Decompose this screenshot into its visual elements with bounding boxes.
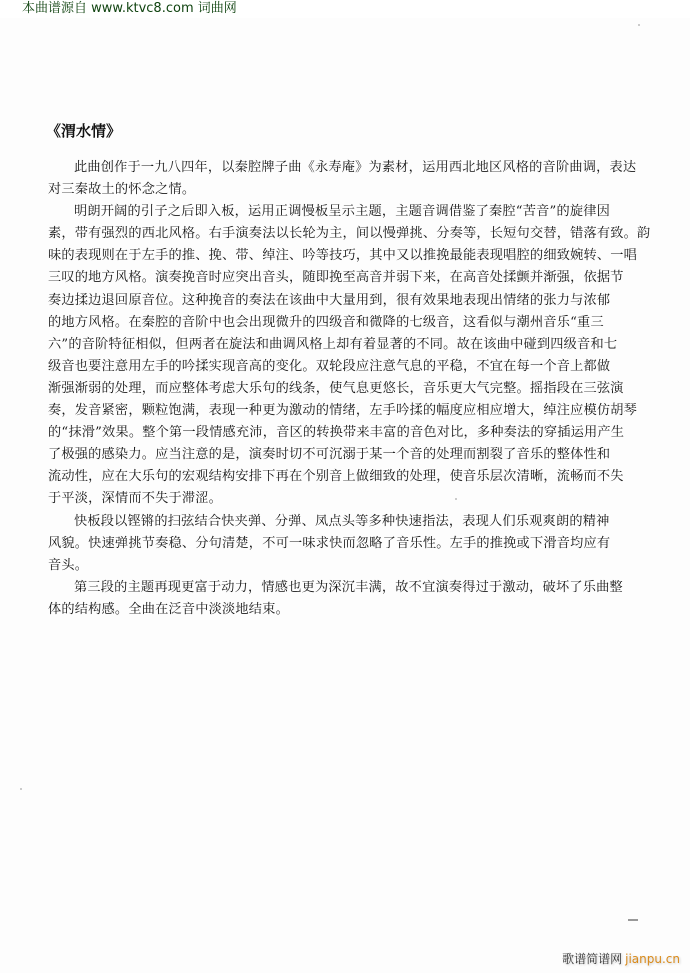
paragraph-2-line-7: 六”的音阶特征相似，但两者在旋法和曲调风格上却有着显著的不同。故在该曲中碰到四级… — [48, 334, 648, 356]
paragraph-2-line-12: 了极强的感染力。应当注意的是，演奏时切不可沉溺于某一个音的处理而割裂了音乐的整体… — [48, 444, 648, 466]
paragraph-2-line-14: 于平淡，深情而不失于滞涩。 — [48, 488, 648, 510]
paragraph-4-line-1: 第三段的主题再现更富于动力，情感也更为深沉丰满，故不宜演奏得过于激动，破坏了乐曲… — [48, 577, 648, 599]
paragraph-3-line-2: 风貌。快速弹挑节奏稳、分句清楚，不可一味求快而忽略了音乐性。左手的推挽或下滑音均… — [48, 533, 648, 555]
paragraph-2-line-5: 奏边揉边退回原音位。这种挽音的奏法在该曲中大量用到，很有效果地表现出情绪的张力与… — [48, 290, 648, 312]
paragraph-4-line-2: 体的结构感。全曲在泛音中淡淡地结束。 — [48, 599, 648, 621]
paragraph-3-line-3: 音头。 — [48, 555, 648, 577]
footer-watermark: 歌谱简谱网jianpu.cn — [562, 951, 680, 967]
source-banner: 本曲谱源自 www.ktvc8.com 词曲网 — [22, 1, 237, 17]
paragraph-2-line-1: 明朗开阔的引子之后即入板，运用正调慢板呈示主题，主题音调借鉴了秦腔“苦音”的旋律… — [48, 201, 648, 223]
page-number-mark — [628, 919, 638, 921]
paragraph-2-line-9: 渐强渐弱的处理，而应整体考虑大乐句的线条，使气息更悠长，音乐更大气完整。摇指段在… — [48, 378, 648, 400]
scan-speck — [455, 498, 457, 500]
paragraph-2-line-2: 素，带有强烈的西北风格。右手演奏法以长轮为主，间以慢弹挑、分奏等，长短句交替，错… — [48, 223, 648, 245]
scan-speck — [638, 24, 640, 26]
paragraph-1-line-1: 此曲创作于一九八四年，以秦腔牌子曲《永寿庵》为素材，运用西北地区风格的音阶曲调，… — [48, 157, 648, 179]
scan-speck — [20, 788, 22, 790]
paragraph-2-line-13: 流动性，应在大乐句的宏观结构安排下再在个别音上做细致的处理，使音乐层次清晰，流畅… — [48, 466, 648, 488]
scanned-page: 本曲谱源自 www.ktvc8.com 词曲网 《渭水情》 此曲创作于一九八四年… — [0, 0, 690, 973]
paragraph-2-line-11: 的“抹滑”效果。整个第一段情感充沛，音区的转换带来丰富的音色对比，多种奏法的穿插… — [48, 422, 648, 444]
paragraph-2-line-4: 三叹的地方风格。演奏挽音时应突出音头，随即挽至高音并弱下来，在高音处揉颤并渐强，… — [48, 267, 648, 289]
paragraph-3-line-1: 快板段以铿锵的扫弦结合快夹弹、分弹、凤点头等多种快速指法，表现人们乐观爽朗的精神 — [48, 511, 648, 533]
watermark-cn: 歌谱简谱网 — [562, 952, 622, 966]
paragraph-1-line-2: 对三秦故土的怀念之情。 — [48, 179, 648, 201]
watermark-en: jianpu.cn — [625, 952, 680, 966]
paragraph-2-line-6: 的地方风格。在秦腔的音阶中也会出现微升的四级音和微降的七级音，这看似与潮州音乐“… — [48, 312, 648, 334]
document-title: 《渭水情》 — [46, 121, 121, 141]
paragraph-2-line-8: 级音也要注意用左手的吟揉实现音高的变化。双轮段应注意气息的平稳，不宜在每一个音上… — [48, 356, 648, 378]
paragraph-2-line-3: 味的表现则在于左手的推、挽、带、绰注、吟等技巧，其中又以推挽最能表现唱腔的细致婉… — [48, 245, 648, 267]
paragraph-2-line-10: 奏，发音紧密，颗粒饱满，表现一种更为激动的情绪，左手吟揉的幅度应相应增大，绰注应… — [48, 400, 648, 422]
document-body: 此曲创作于一九八四年，以秦腔牌子曲《永寿庵》为素材，运用西北地区风格的音阶曲调，… — [48, 157, 648, 621]
